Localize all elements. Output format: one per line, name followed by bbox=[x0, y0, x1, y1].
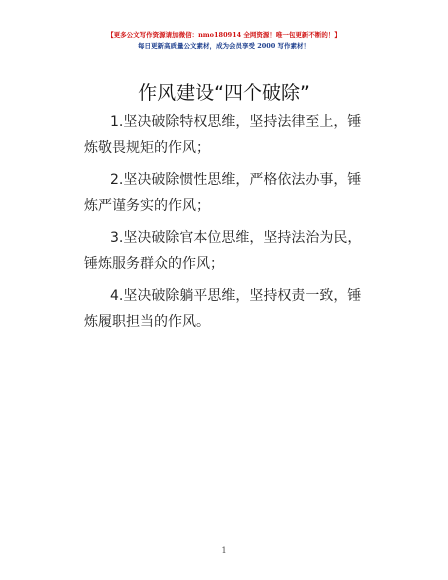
paragraph-text: 坚决破除惯性思维，严格依法办事，锤炼严谨务实的作风； bbox=[84, 172, 361, 214]
paragraph-text: 坚决破除特权思维，坚持法律至上，锤炼敬畏规矩的作风； bbox=[84, 114, 361, 156]
page-number: 1 bbox=[0, 546, 448, 555]
paragraph-2: 2.坚决破除惯性思维，严格依法办事，锤炼严谨务实的作风； bbox=[84, 167, 374, 219]
paragraph-3: 3.坚决破除官本位思维，坚持法治为民，锤炼服务群众的作风； bbox=[84, 225, 374, 277]
paragraph-number: 4. bbox=[110, 288, 123, 304]
paragraph-number: 3. bbox=[110, 230, 123, 246]
paragraph-text: 坚决破除官本位思维，坚持法治为民，锤炼服务群众的作风； bbox=[84, 230, 361, 272]
document-title: 作风建设“四个破除” bbox=[0, 78, 448, 105]
paragraph-1: 1.坚决破除特权思维，坚持法律至上，锤炼敬畏规矩的作风； bbox=[84, 109, 374, 161]
promo-header-line-2: 每日更新高质量公文素材，成为会员享受 2000 写作素材！ bbox=[0, 41, 448, 50]
paragraph-4: 4.坚决破除躺平思维，坚持权责一致，锤炼履职担当的作风。 bbox=[84, 283, 374, 335]
paragraph-text: 坚决破除躺平思维，坚持权责一致，锤炼履职担当的作风。 bbox=[84, 288, 361, 330]
promo-header-line-1: 【更多公文写作资源请加微信：nmo180914 全网资源！唯一包更新不断的！】 bbox=[0, 30, 448, 39]
paragraph-number: 1. bbox=[110, 114, 123, 130]
document-body: 1.坚决破除特权思维，坚持法律至上，锤炼敬畏规矩的作风； 2.坚决破除惯性思维，… bbox=[84, 109, 374, 341]
paragraph-number: 2. bbox=[110, 172, 123, 188]
